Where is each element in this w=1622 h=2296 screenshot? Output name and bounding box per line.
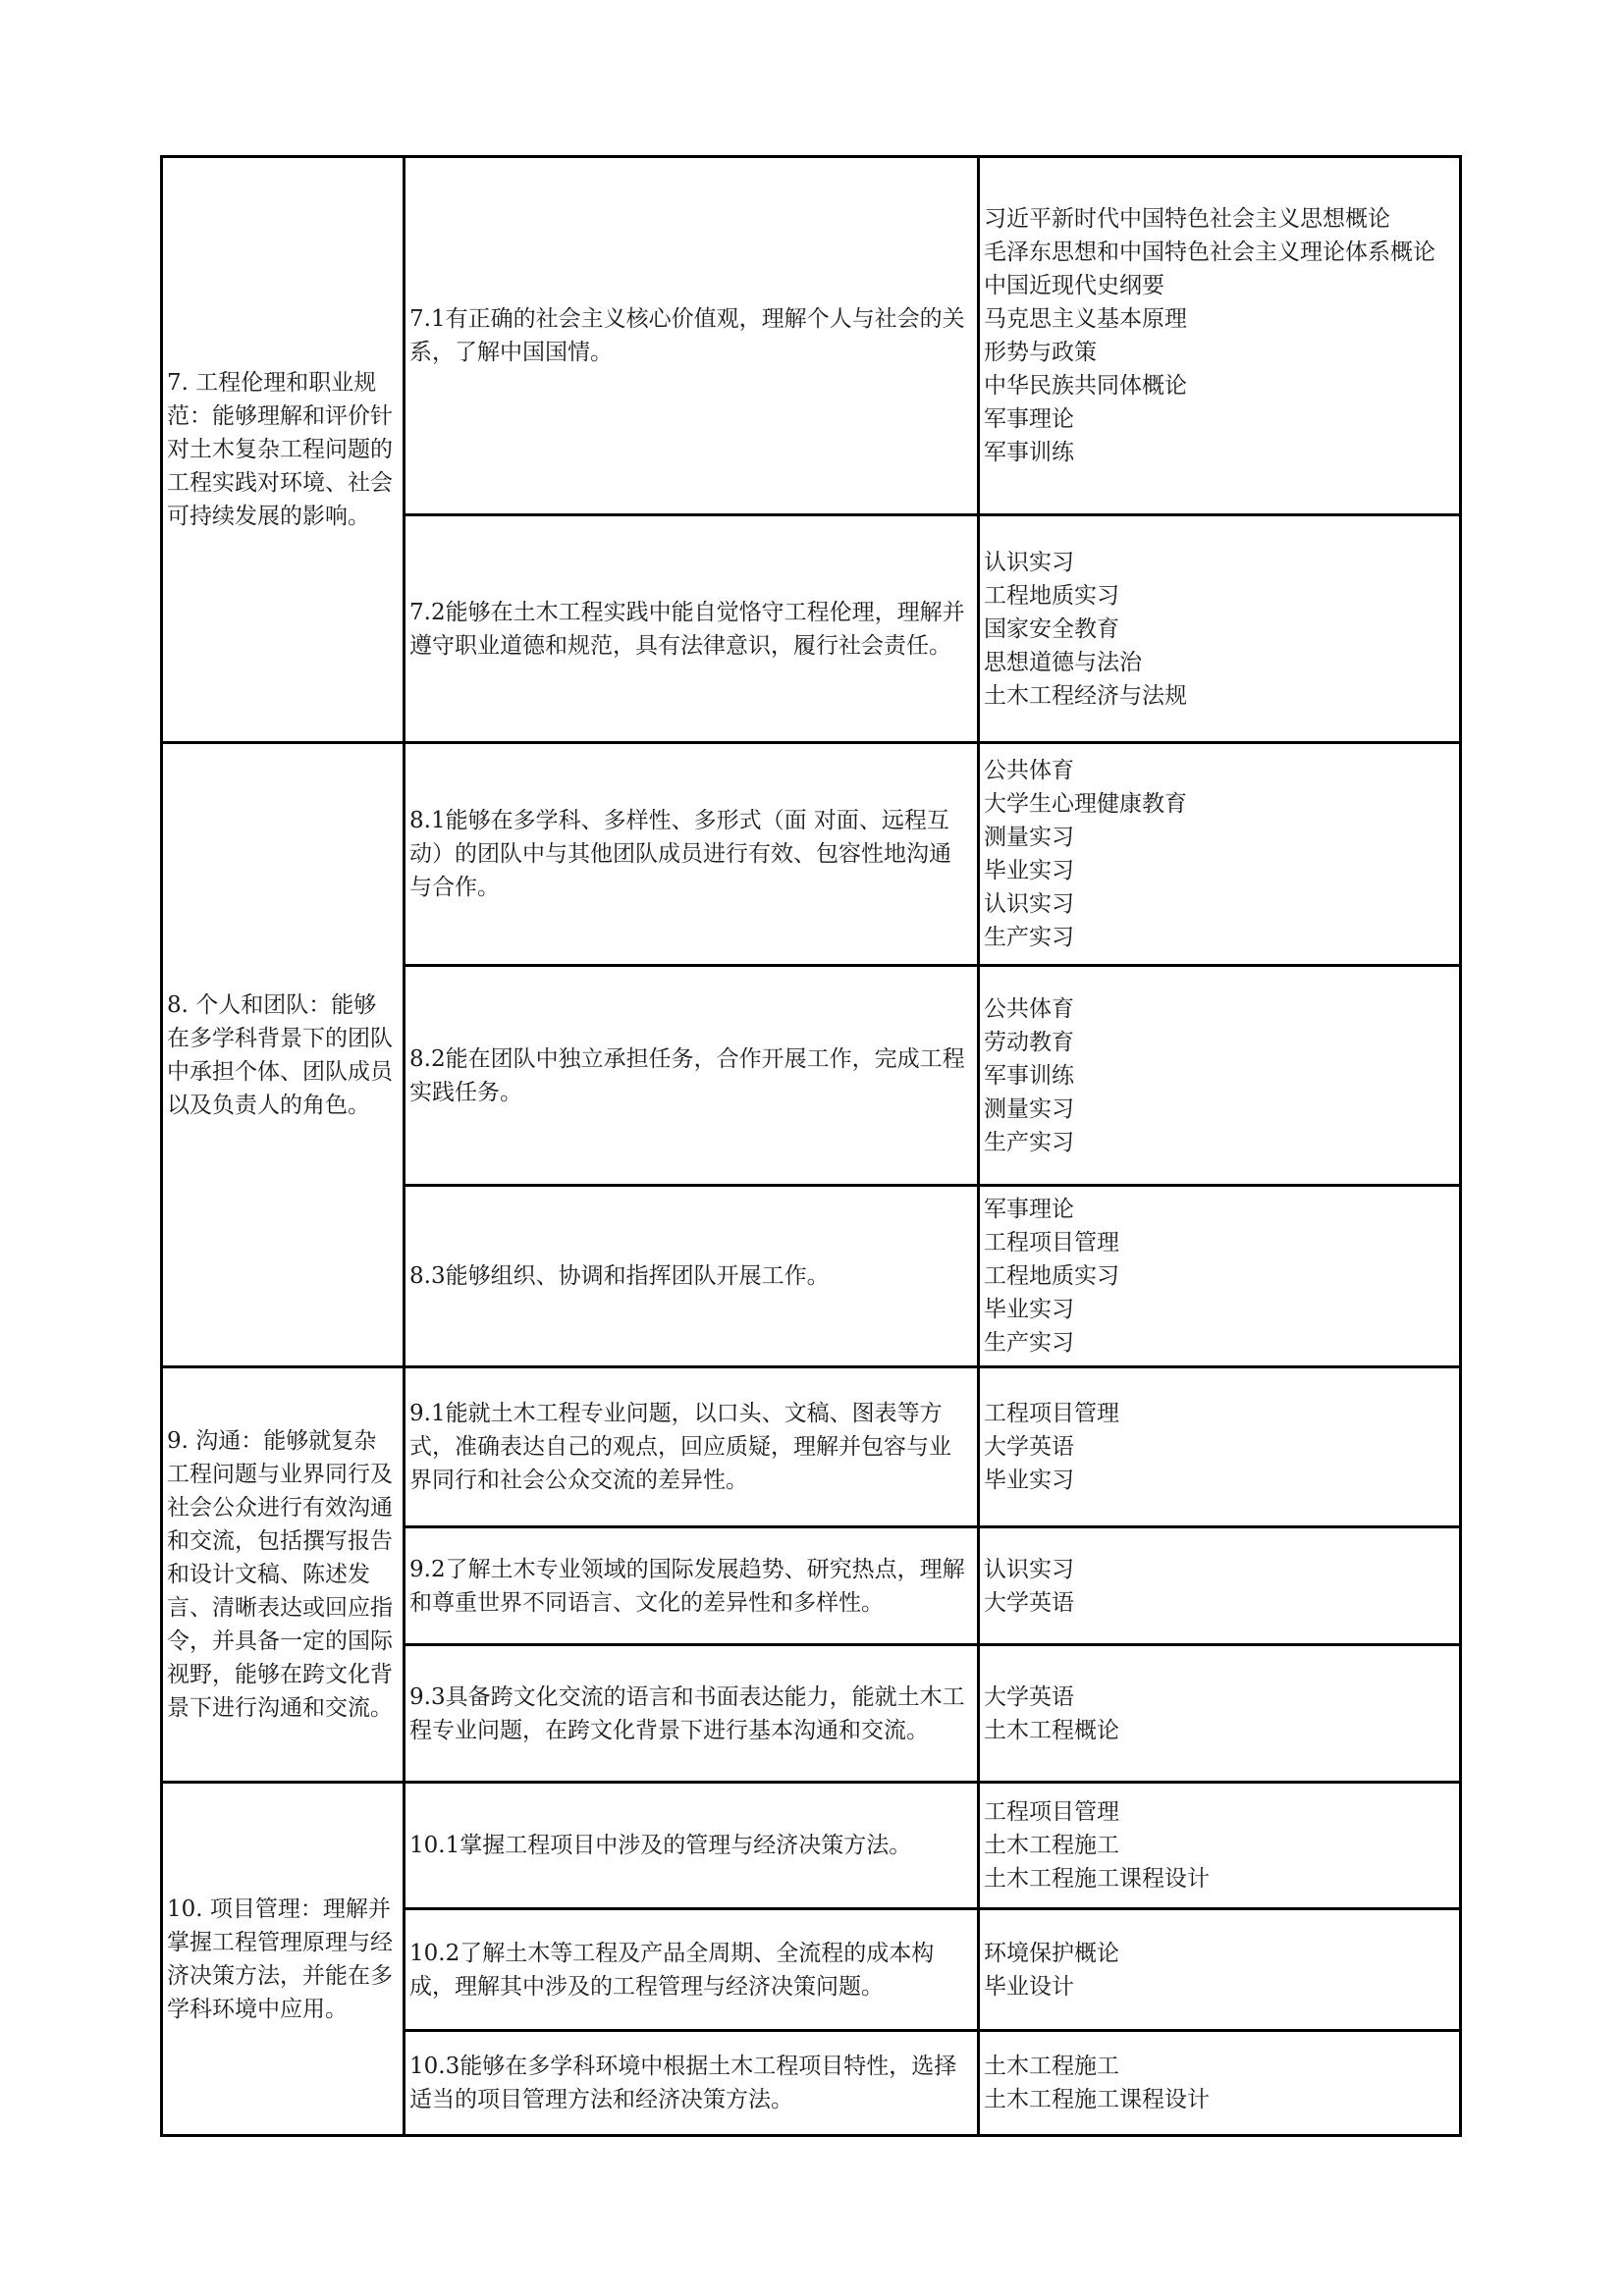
course-item: 认识实习: [984, 546, 1455, 579]
course-item: 生产实习: [984, 1326, 1455, 1360]
graduation-requirement-10: 10. 项目管理：理解并掌握工程管理原理与经济决策方法，并能在多学科环境中应用。: [162, 1783, 405, 2136]
course-item: 土木工程施工课程设计: [984, 1862, 1455, 1896]
graduation-requirement-7: 7. 工程伦理和职业规范：能够理解和评价针对土木复杂工程问题的工程实践对环境、社…: [162, 157, 405, 743]
course-item: 工程地质实习: [984, 579, 1455, 613]
course-item: 军事理论: [984, 402, 1455, 436]
indicator-9-3: 9.3具备跨文化交流的语言和书面表达能力，能就土木工程专业问题，在跨文化背景下进…: [405, 1645, 979, 1783]
course-item: 军事训练: [984, 1059, 1455, 1093]
indicator-7-1: 7.1有正确的社会主义核心价值观，理解个人与社会的关系，了解中国国情。: [405, 157, 979, 515]
course-item: 土木工程概论: [984, 1714, 1455, 1747]
indicator-7-2: 7.2能够在土木工程实践中能自觉恪守工程伦理，理解并遵守职业道德和规范，具有法律…: [405, 515, 979, 743]
course-item: 毕业设计: [984, 1970, 1455, 2003]
courses-7-2: 认识实习 工程地质实习 国家安全教育 思想道德与法治 土木工程经济与法规: [979, 515, 1461, 743]
table-row: 10. 项目管理：理解并掌握工程管理原理与经济决策方法，并能在多学科环境中应用。…: [162, 1783, 1461, 1909]
course-item: 生产实习: [984, 921, 1455, 954]
course-item: 毕业实习: [984, 1464, 1455, 1497]
indicator-10-1: 10.1掌握工程项目中涉及的管理与经济决策方法。: [405, 1783, 979, 1909]
courses-10-3: 土木工程施工 土木工程施工课程设计: [979, 2031, 1461, 2136]
graduation-requirement-8: 8. 个人和团队：能够在多学科背景下的团队中承担个体、团队成员以及负责人的角色。: [162, 743, 405, 1367]
courses-9-3: 大学英语 土木工程概论: [979, 1645, 1461, 1783]
course-item: 土木工程经济与法规: [984, 679, 1455, 713]
course-item: 公共体育: [984, 754, 1455, 787]
course-item: 形势与政策: [984, 336, 1455, 369]
courses-7-1: 习近平新时代中国特色社会主义思想概论 毛泽东思想和中国特色社会主义理论体系概论 …: [979, 157, 1461, 515]
course-item: 思想道德与法治: [984, 646, 1455, 679]
course-item: 国家安全教育: [984, 613, 1455, 646]
courses-9-2: 认识实习 大学英语: [979, 1527, 1461, 1645]
courses-8-3: 军事理论 工程项目管理 工程地质实习 毕业实习 生产实习: [979, 1186, 1461, 1367]
indicator-9-2: 9.2了解土木专业领域的国际发展趋势、研究热点，理解和尊重世界不同语言、文化的差…: [405, 1527, 979, 1645]
course-item: 工程项目管理: [984, 1795, 1455, 1829]
requirements-matrix-table: 7. 工程伦理和职业规范：能够理解和评价针对土木复杂工程问题的工程实践对环境、社…: [160, 155, 1462, 2137]
table-row: 7. 工程伦理和职业规范：能够理解和评价针对土木复杂工程问题的工程实践对环境、社…: [162, 157, 1461, 515]
course-item: 认识实习: [984, 887, 1455, 921]
course-item: 军事理论: [984, 1193, 1455, 1226]
indicator-10-2: 10.2了解土木等工程及产品全周期、全流程的成本构成，理解其中涉及的工程管理与经…: [405, 1909, 979, 2031]
courses-8-1: 公共体育 大学生心理健康教育 测量实习 毕业实习 认识实习 生产实习: [979, 743, 1461, 966]
course-item: 大学英语: [984, 1681, 1455, 1714]
course-item: 土木工程施工: [984, 2050, 1455, 2083]
course-item: 生产实习: [984, 1126, 1455, 1159]
course-item: 大学英语: [984, 1586, 1455, 1620]
indicator-9-1: 9.1能就土木工程专业问题，以口头、文稿、图表等方式，准确表达自己的观点，回应质…: [405, 1367, 979, 1527]
table-row: 9. 沟通：能够就复杂工程问题与业界同行及社会公众进行有效沟通和交流，包括撰写报…: [162, 1367, 1461, 1527]
course-item: 毛泽东思想和中国特色社会主义理论体系概论: [984, 236, 1455, 269]
document-page: 7. 工程伦理和职业规范：能够理解和评价针对土木复杂工程问题的工程实践对环境、社…: [160, 155, 1459, 2137]
course-item: 中国近现代史纲要: [984, 269, 1455, 302]
courses-8-2: 公共体育 劳动教育 军事训练 测量实习 生产实习: [979, 966, 1461, 1186]
course-item: 大学生心理健康教育: [984, 787, 1455, 821]
course-item: 军事训练: [984, 436, 1455, 469]
indicator-8-1: 8.1能够在多学科、多样性、多形式（面 对面、远程互动）的团队中与其他团队成员进…: [405, 743, 979, 966]
course-item: 毕业实习: [984, 854, 1455, 887]
course-item: 公共体育: [984, 992, 1455, 1026]
course-item: 中华民族共同体概论: [984, 369, 1455, 402]
course-item: 测量实习: [984, 1093, 1455, 1126]
indicator-8-2: 8.2能在团队中独立承担任务，合作开展工作，完成工程实践任务。: [405, 966, 979, 1186]
courses-10-1: 工程项目管理 土木工程施工 土木工程施工课程设计: [979, 1783, 1461, 1909]
course-item: 毕业实习: [984, 1293, 1455, 1326]
course-item: 工程项目管理: [984, 1226, 1455, 1259]
graduation-requirement-9: 9. 沟通：能够就复杂工程问题与业界同行及社会公众进行有效沟通和交流，包括撰写报…: [162, 1367, 405, 1783]
table-row: 8. 个人和团队：能够在多学科背景下的团队中承担个体、团队成员以及负责人的角色。…: [162, 743, 1461, 966]
course-item: 认识实习: [984, 1553, 1455, 1586]
course-item: 马克思主义基本原理: [984, 302, 1455, 336]
course-item: 大学英语: [984, 1430, 1455, 1464]
courses-10-2: 环境保护概论 毕业设计: [979, 1909, 1461, 2031]
course-item: 习近平新时代中国特色社会主义思想概论: [984, 202, 1455, 236]
course-item: 工程项目管理: [984, 1397, 1455, 1430]
course-item: 劳动教育: [984, 1026, 1455, 1059]
indicator-8-3: 8.3能够组织、协调和指挥团队开展工作。: [405, 1186, 979, 1367]
indicator-10-3: 10.3能够在多学科环境中根据土木工程项目特性，选择适当的项目管理方法和经济决策…: [405, 2031, 979, 2136]
course-item: 土木工程施工: [984, 1829, 1455, 1862]
courses-9-1: 工程项目管理 大学英语 毕业实习: [979, 1367, 1461, 1527]
course-item: 土木工程施工课程设计: [984, 2083, 1455, 2116]
course-item: 环境保护概论: [984, 1937, 1455, 1970]
course-item: 工程地质实习: [984, 1259, 1455, 1293]
course-item: 测量实习: [984, 821, 1455, 854]
